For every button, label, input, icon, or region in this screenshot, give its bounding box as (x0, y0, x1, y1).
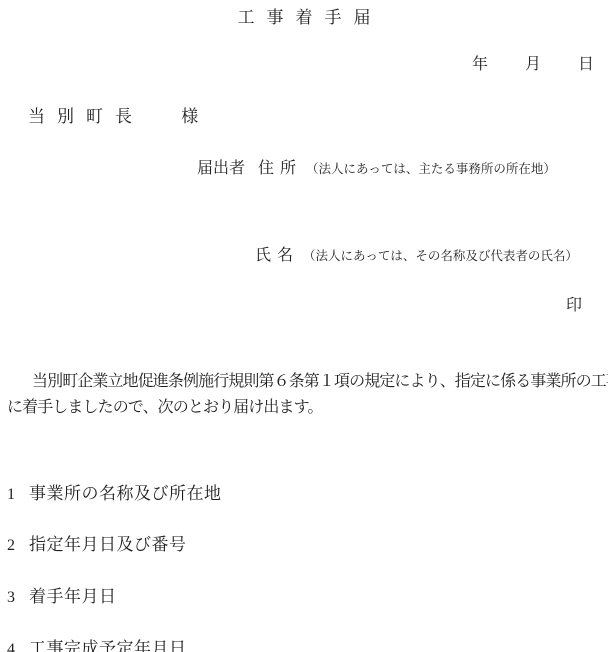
date-month-label: 月 (525, 51, 541, 74)
seal-mark: 印 (566, 292, 582, 315)
list-item-2-label: 指定年月日及び番号 (29, 535, 187, 554)
body-paragraph: 当別町企業立地促進条例施行規則第６条第１項の規定により、指定に係る事業所の工事 … (7, 369, 608, 420)
list-item-1: 1事業所の名称及び所在地 (7, 479, 222, 504)
name-field-label: 氏 名 (255, 247, 294, 264)
list-item-2: 2指定年月日及び番号 (7, 530, 187, 555)
date-year-label: 年 (472, 51, 488, 74)
list-item-3: 3着手年月日 (7, 582, 117, 607)
address-field-note: （法人にあっては、主たる事務所の所在地） (306, 162, 556, 176)
notifier-address-line: 届出者 住 所 （法人にあっては、主たる事務所の所在地） (197, 155, 556, 178)
addressee-name: 当別町長 (28, 107, 144, 126)
address-field-label: 住 所 (258, 160, 297, 177)
date-line: 年 月 日 (472, 51, 594, 74)
list-item-4-number: 4 (7, 641, 29, 652)
document-page: 工事着手届 年 月 日 当別町長 様 届出者 住 所 （法人にあっては、主たる事… (0, 0, 608, 652)
body-line-2: に着手しましたので、次のとおり届け出ます。 (7, 395, 608, 421)
list-item-2-number: 2 (7, 537, 29, 555)
list-item-4: 4工事完成予定年月日 (7, 634, 187, 652)
document-title: 工事着手届 (0, 3, 608, 28)
list-item-3-number: 3 (7, 589, 29, 607)
name-field-note: （法人にあっては、その名称及び代表者の氏名） (303, 249, 578, 263)
list-item-1-label: 事業所の名称及び所在地 (29, 484, 222, 503)
notifier-name-line: 氏 名 （法人にあっては、その名称及び代表者の氏名） (255, 242, 578, 265)
body-line-1: 当別町企業立地促進条例施行規則第６条第１項の規定により、指定に係る事業所の工事 (7, 369, 608, 395)
list-item-3-label: 着手年月日 (29, 587, 117, 606)
addressee-line: 当別町長 様 (28, 102, 198, 127)
addressee-honorific: 様 (181, 107, 198, 126)
notifier-label: 届出者 (197, 160, 245, 177)
list-item-4-label: 工事完成予定年月日 (29, 639, 187, 652)
date-day-label: 日 (578, 51, 594, 74)
list-item-1-number: 1 (7, 486, 29, 504)
